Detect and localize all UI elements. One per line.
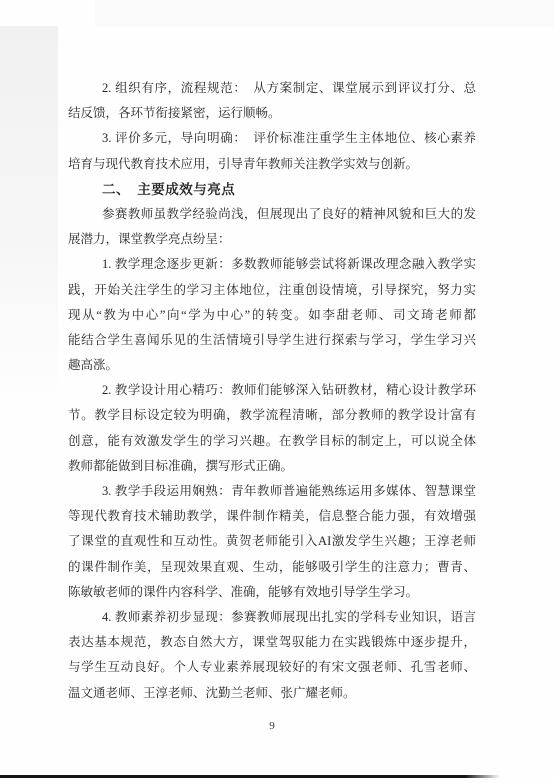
text-line: 2. 组织有序，流程规范： 从方案制定、课堂展示到评议打分、总 [68, 76, 476, 101]
text-line: 与学生互动良好。个人专业素养展现较好的有宋文强老师、孔雪老师、 [68, 655, 476, 680]
text-line: 温文通老师、王淳老师、沈勤兰老师、张广耀老师。 [68, 681, 476, 706]
text-line: 创意，能有效激发学生的学习兴趣。在教学目标的制定上，可以说全体 [68, 429, 476, 454]
text-line: 结反馈，各环节衔接紧密，运行顺畅。 [68, 101, 476, 126]
text-line: 4. 教师素养初步显现：参赛教师展现出扎实的学科专业知识，语言 [68, 605, 476, 630]
scan-shading-top [95, 0, 554, 27]
scan-artifact-rule [0, 775, 500, 778]
text-line: 3. 评价多元，导向明确： 评价标准注重学生主体地位、核心素养 [68, 126, 476, 151]
text-line: 现从“教为中心”向“学为中心”的转变。如李甜老师、司文琦老师都 [68, 303, 476, 328]
text-line: 陈敏敏老师的课件内容科学、准确，能够有效地引导学生学习。 [68, 580, 476, 605]
text-line: 培育与现代教育技术应用，引导青年教师关注教学实效与创新。 [68, 152, 476, 177]
text-line: 的课件制作美，呈现效果直观、生动，能够吸引学生的注意力；曹青、 [68, 555, 476, 580]
text-line: 教师都能做到目标准确，撰写形式正确。 [68, 454, 476, 479]
text-line: 1. 教学理念逐步更新：多数教师能够尝试将新课改理念融入教学实 [68, 252, 476, 277]
text-line: 能结合学生喜闻乐见的生活情境引导学生进行探索与学习，学生学习兴 [68, 328, 476, 353]
page-number: 9 [68, 720, 476, 732]
text-line: 3. 教学手段运用娴熟：青年教师普遍能熟练运用多媒体、智慧课堂 [68, 479, 476, 504]
text-line: 节。教学目标设定较为明确，教学流程清晰，部分教师的教学设计富有 [68, 403, 476, 428]
text-line: 了课堂的直观性和互动性。黄贺老师能引入AI激发学生兴趣；王淳老师 [68, 529, 476, 554]
text-line: 践，开始关注学生的学习主体地位，注重创设情境，引导探究，努力实 [68, 278, 476, 303]
scan-shading-left [0, 26, 58, 406]
text-line: 展潜力，课堂教学亮点纷呈： [68, 227, 476, 252]
text-line: 2. 教学设计用心精巧：教师们能够深入钻研教材，精心设计教学环 [68, 378, 476, 403]
text-line: 二、 主要成效与亮点 [68, 177, 476, 202]
text-line: 等现代教育技术辅助教学，课件制作精美，信息整合能力强，有效增强 [68, 504, 476, 529]
text-line: 趣高涨。 [68, 353, 476, 378]
document-text-block: 2. 组织有序，流程规范： 从方案制定、课堂展示到评议打分、总 结反馈，各环节衔… [68, 76, 476, 706]
text-line: 参赛教师虽教学经验尚浅，但展现出了良好的精神风貌和巨大的发 [68, 202, 476, 227]
document-page: 2. 组织有序，流程规范： 从方案制定、课堂展示到评议打分、总 结反馈，各环节衔… [0, 0, 554, 783]
text-line: 表达基本规范，教态自然大方，课堂驾驭能力在实践锻炼中逐步提升， [68, 630, 476, 655]
